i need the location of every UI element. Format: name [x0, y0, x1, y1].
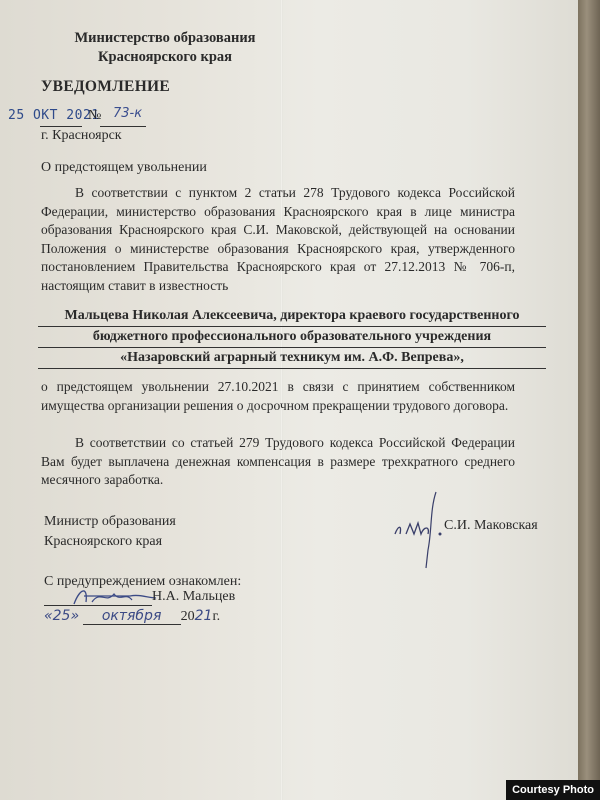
date-year-hand: 21 [195, 608, 213, 624]
addressee-line: бюджетного профессионального образовател… [38, 327, 546, 348]
number-label: № [88, 108, 101, 124]
signature-acknowledger-icon [70, 584, 160, 608]
background-surface [578, 0, 600, 800]
paragraph-dismissal: о предстоящем увольнении 27.10.2021 в св… [41, 378, 515, 415]
date-suffix: г. [212, 609, 220, 624]
paragraph-dismissal-text: о предстоящем увольнении 27.10.2021 в св… [41, 378, 515, 415]
courtesy-photo-watermark: Courtesy Photo [506, 780, 600, 800]
paragraph-basis: В соответствии с пунктом 2 статьи 278 Тр… [41, 184, 515, 295]
paragraph-compensation-text: В соответствии со статьей 279 Трудового … [41, 434, 515, 490]
date-stamp: 25 ОКТ 2021 [8, 108, 100, 123]
ministry-name-line2: Красноярского края [0, 47, 330, 67]
paragraph-compensation: В соответствии со статьей 279 Трудового … [41, 434, 515, 490]
ministry-name-line1: Министерство образования [0, 28, 330, 48]
document-number: 73-к [113, 106, 142, 121]
city: г. Красноярск [41, 128, 122, 144]
signature-minister-icon [390, 490, 450, 570]
number-underline [100, 126, 146, 127]
signatory-position: Министр образования Красноярского края [44, 512, 176, 552]
addressee-block: Мальцева Николая Алексеевича, директора … [38, 306, 546, 369]
addressee-line: «Назаровский аграрный техникум им. А.Ф. … [38, 348, 546, 369]
date-day: «25» [44, 608, 79, 624]
addressee-line: Мальцева Николая Алексеевича, директора … [38, 306, 546, 327]
acknowledgement-date: «25» октября2021г. [44, 608, 220, 625]
document-paper: Министерство образования Красноярского к… [0, 0, 581, 800]
acknowledger-name: Н.А. Мальцев [152, 589, 235, 605]
subject-line: О предстоящем увольнении [41, 160, 207, 176]
document-title: УВЕДОМЛЕНИЕ [41, 78, 170, 96]
date-year-prefix: 20 [181, 609, 195, 624]
signatory-name: С.И. Маковская [444, 518, 538, 534]
date-month: октября [83, 608, 181, 625]
paragraph-basis-text: В соответствии с пунктом 2 статьи 278 Тр… [41, 184, 515, 295]
date-underline [40, 126, 82, 127]
